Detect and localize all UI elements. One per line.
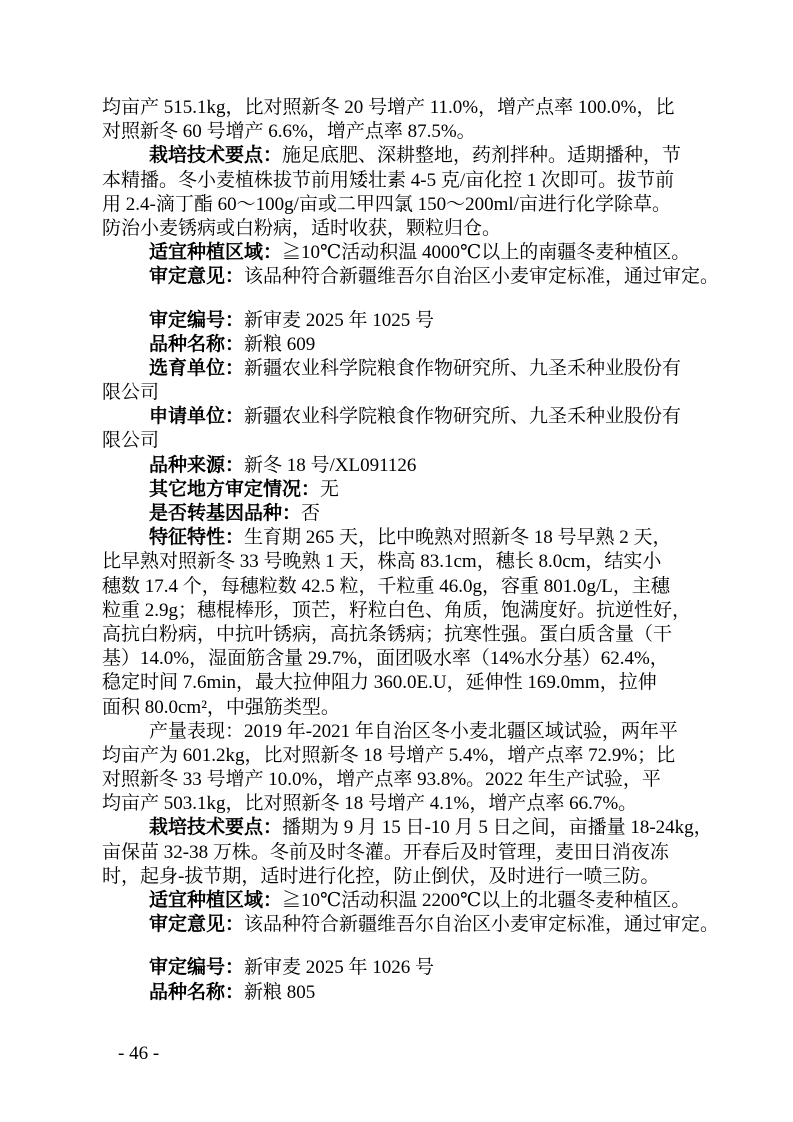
text-line: 均亩产为 601.2kg，比对照新冬 18 号增产 5.4%，增产点率 72.9… (102, 744, 672, 768)
line-text: 基）14.0%，湿面筋含量 29.7%，面团吸水率（14%水分基）62.4%， (102, 648, 669, 669)
text-line: 选育单位：新疆农业科学院粮食作物研究所、九圣禾种业股份有 (102, 357, 672, 381)
document-body: 均亩产 515.1kg，比对照新冬 20 号增产 11.0%，增产点率 100.… (102, 96, 672, 1005)
page-number: - 46 - (118, 1042, 159, 1066)
field-label: 审定意见： (149, 914, 244, 935)
field-label: 品种名称： (149, 334, 244, 355)
field-label: 特征特性： (149, 527, 244, 548)
text-line: 适宜种植区域：≧10℃活动积温 2200℃以上的北疆冬麦种植区。 (102, 889, 672, 913)
text-line: 本精播。冬小麦植株拔节前用矮壮素 4-5 克/亩化控 1 次即可。拔节前 (102, 169, 672, 193)
line-text: 粒重 2.9g；穗棍棒形，顶芒，籽粒白色、角质，饱满度好。抗逆性好， (102, 600, 691, 621)
text-line: 亩保苗 32-38 万株。冬前及时冬灌。开春后及时管理，麦田日消夜冻 (102, 841, 672, 865)
text-line: 限公司 (102, 381, 672, 405)
line-text: 新冬 18 号/XL091126 (244, 455, 416, 476)
text-line: 高抗白粉病，中抗叶锈病，高抗条锈病；抗寒性强。蛋白质含量（干 (102, 623, 672, 647)
text-line: 基）14.0%，湿面筋含量 29.7%，面团吸水率（14%水分基）62.4%， (102, 647, 672, 671)
line-text: 产量表现：2019 年-2021 年自治区冬小麦北疆区域试验，两年平 (149, 721, 678, 742)
text-line: 穗数 17.4 个，每穗粒数 42.5 粒，千粒重 46.0g，容重 801.0… (102, 575, 672, 599)
field-label: 适宜种植区域： (149, 242, 282, 263)
blank-line (102, 937, 672, 956)
text-line: 栽培技术要点：播期为 9 月 15 日-10 月 5 日之间，亩播量 18-24… (102, 816, 672, 840)
line-text: 防治小麦锈病或白粉病，适时收获，颗粒归仓。 (102, 218, 501, 239)
text-line: 防治小麦锈病或白粉病，适时收获，颗粒归仓。 (102, 217, 672, 241)
field-label: 品种名称： (149, 982, 244, 1003)
line-text: 对照新冬 60 号增产 6.6%，增产点率 87.5%。 (102, 121, 476, 142)
line-text: 否 (301, 503, 320, 524)
text-line: 审定编号：新审麦 2025 年 1025 号 (102, 309, 672, 333)
field-label: 选育单位： (149, 358, 244, 379)
text-line: 产量表现：2019 年-2021 年自治区冬小麦北疆区域试验，两年平 (102, 720, 672, 744)
line-text: 高抗白粉病，中抗叶锈病，高抗条锈病；抗寒性强。蛋白质含量（干 (102, 624, 672, 645)
line-text: 时，起身-拔节期，适时进行化控，防止倒伏，及时进行一喷三防。 (102, 866, 659, 887)
text-line: 品种来源：新冬 18 号/XL091126 (102, 454, 672, 478)
line-text: 生育期 265 天，比中晚熟对照新冬 18 号早熟 2 天， (244, 527, 672, 548)
document-page: 均亩产 515.1kg，比对照新冬 20 号增产 11.0%，增产点率 100.… (0, 0, 793, 1122)
line-text: 施足底肥、深耕整地，药剂拌种。适期播种，节 (282, 145, 681, 166)
line-text: 均亩产 515.1kg，比对照新冬 20 号增产 11.0%，增产点率 100.… (102, 97, 674, 118)
line-text: 新疆农业科学院粮食作物研究所、九圣禾种业股份有 (244, 406, 681, 427)
text-line: 均亩产 515.1kg，比对照新冬 20 号增产 11.0%，增产点率 100.… (102, 96, 672, 120)
line-text: 无 (320, 479, 339, 500)
field-label: 申请单位： (149, 406, 244, 427)
line-text: 该品种符合新疆维吾尔自治区小麦审定标准，通过审定。 (244, 266, 719, 287)
text-line: 对照新冬 33 号增产 10.0%，增产点率 93.8%。2022 年生产试验，… (102, 768, 672, 792)
line-text: 比早熟对照新冬 33 号晚熟 1 天，株高 83.1cm，穗长 8.0cm，结实… (102, 551, 661, 572)
text-line: 特征特性：生育期 265 天，比中晚熟对照新冬 18 号早熟 2 天， (102, 526, 672, 550)
line-text: 新审麦 2025 年 1026 号 (244, 957, 434, 978)
text-line: 用 2.4-滴丁酯 60～100g/亩或二甲四氯 150～200ml/亩进行化学… (102, 193, 672, 217)
line-text: 播期为 9 月 15 日-10 月 5 日之间，亩播量 18-24kg， (282, 817, 713, 838)
field-label: 是否转基因品种： (149, 503, 301, 524)
field-label: 审定意见： (149, 266, 244, 287)
text-line: 是否转基因品种：否 (102, 502, 672, 526)
text-line: 品种名称：新粮 805 (102, 981, 672, 1005)
line-text: ≧10℃活动积温 4000℃以上的南疆冬麦种植区。 (282, 242, 690, 263)
field-label: 审定编号： (149, 957, 244, 978)
text-line: 其它地方审定情况：无 (102, 478, 672, 502)
line-text: ≧10℃活动积温 2200℃以上的北疆冬麦种植区。 (282, 890, 690, 911)
text-line: 对照新冬 60 号增产 6.6%，增产点率 87.5%。 (102, 120, 672, 144)
text-line: 时，起身-拔节期，适时进行化控，防止倒伏，及时进行一喷三防。 (102, 865, 672, 889)
field-label: 栽培技术要点： (149, 145, 282, 166)
line-text: 均亩产为 601.2kg，比对照新冬 18 号增产 5.4%，增产点率 72.9… (102, 745, 675, 766)
field-label: 其它地方审定情况： (149, 479, 320, 500)
line-text: 均亩产 503.1kg，比对照新冬 18 号增产 4.1%，增产点率 66.7%… (102, 793, 637, 814)
line-text: 新粮 805 (244, 982, 315, 1003)
line-text: 限公司 (102, 430, 159, 451)
text-line: 审定意见：该品种符合新疆维吾尔自治区小麦审定标准，通过审定。 (102, 913, 672, 937)
line-text: 亩保苗 32-38 万株。冬前及时冬灌。开春后及时管理，麦田日消夜冻 (102, 842, 669, 863)
line-text: 新疆农业科学院粮食作物研究所、九圣禾种业股份有 (244, 358, 681, 379)
field-label: 审定编号： (149, 310, 244, 331)
line-text: 穗数 17.4 个，每穗粒数 42.5 粒，千粒重 46.0g，容重 801.0… (102, 576, 670, 597)
line-text: 限公司 (102, 382, 159, 403)
line-text: 新审麦 2025 年 1025 号 (244, 310, 434, 331)
text-line: 限公司 (102, 429, 672, 453)
line-text: 该品种符合新疆维吾尔自治区小麦审定标准，通过审定。 (244, 914, 719, 935)
text-line: 审定意见：该品种符合新疆维吾尔自治区小麦审定标准，通过审定。 (102, 265, 672, 289)
text-line: 适宜种植区域：≧10℃活动积温 4000℃以上的南疆冬麦种植区。 (102, 241, 672, 265)
text-line: 品种名称：新粮 609 (102, 333, 672, 357)
text-line: 审定编号：新审麦 2025 年 1026 号 (102, 956, 672, 980)
text-line: 面积 80.0cm²，中强筋类型。 (102, 696, 672, 720)
line-text: 对照新冬 33 号增产 10.0%，增产点率 93.8%。2022 年生产试验，… (102, 769, 661, 790)
text-line: 栽培技术要点：施足底肥、深耕整地，药剂拌种。适期播种，节 (102, 144, 672, 168)
text-line: 粒重 2.9g；穗棍棒形，顶芒，籽粒白色、角质，饱满度好。抗逆性好， (102, 599, 672, 623)
text-line: 稳定时间 7.6min，最大拉伸阻力 360.0E.U，延伸性 169.0mm，… (102, 671, 672, 695)
field-label: 栽培技术要点： (149, 817, 282, 838)
text-line: 比早熟对照新冬 33 号晚熟 1 天，株高 83.1cm，穗长 8.0cm，结实… (102, 550, 672, 574)
text-line: 申请单位：新疆农业科学院粮食作物研究所、九圣禾种业股份有 (102, 405, 672, 429)
text-line: 均亩产 503.1kg，比对照新冬 18 号增产 4.1%，增产点率 66.7%… (102, 792, 672, 816)
line-text: 新粮 609 (244, 334, 315, 355)
line-text: 稳定时间 7.6min，最大拉伸阻力 360.0E.U，延伸性 169.0mm，… (102, 672, 657, 693)
field-label: 品种来源： (149, 455, 244, 476)
line-text: 面积 80.0cm²，中强筋类型。 (102, 697, 340, 718)
blank-line (102, 290, 672, 309)
line-text: 本精播。冬小麦植株拔节前用矮壮素 4-5 克/亩化控 1 次即可。拔节前 (102, 170, 674, 191)
line-text: 用 2.4-滴丁酯 60～100g/亩或二甲四氯 150～200ml/亩进行化学… (102, 194, 671, 215)
field-label: 适宜种植区域： (149, 890, 282, 911)
